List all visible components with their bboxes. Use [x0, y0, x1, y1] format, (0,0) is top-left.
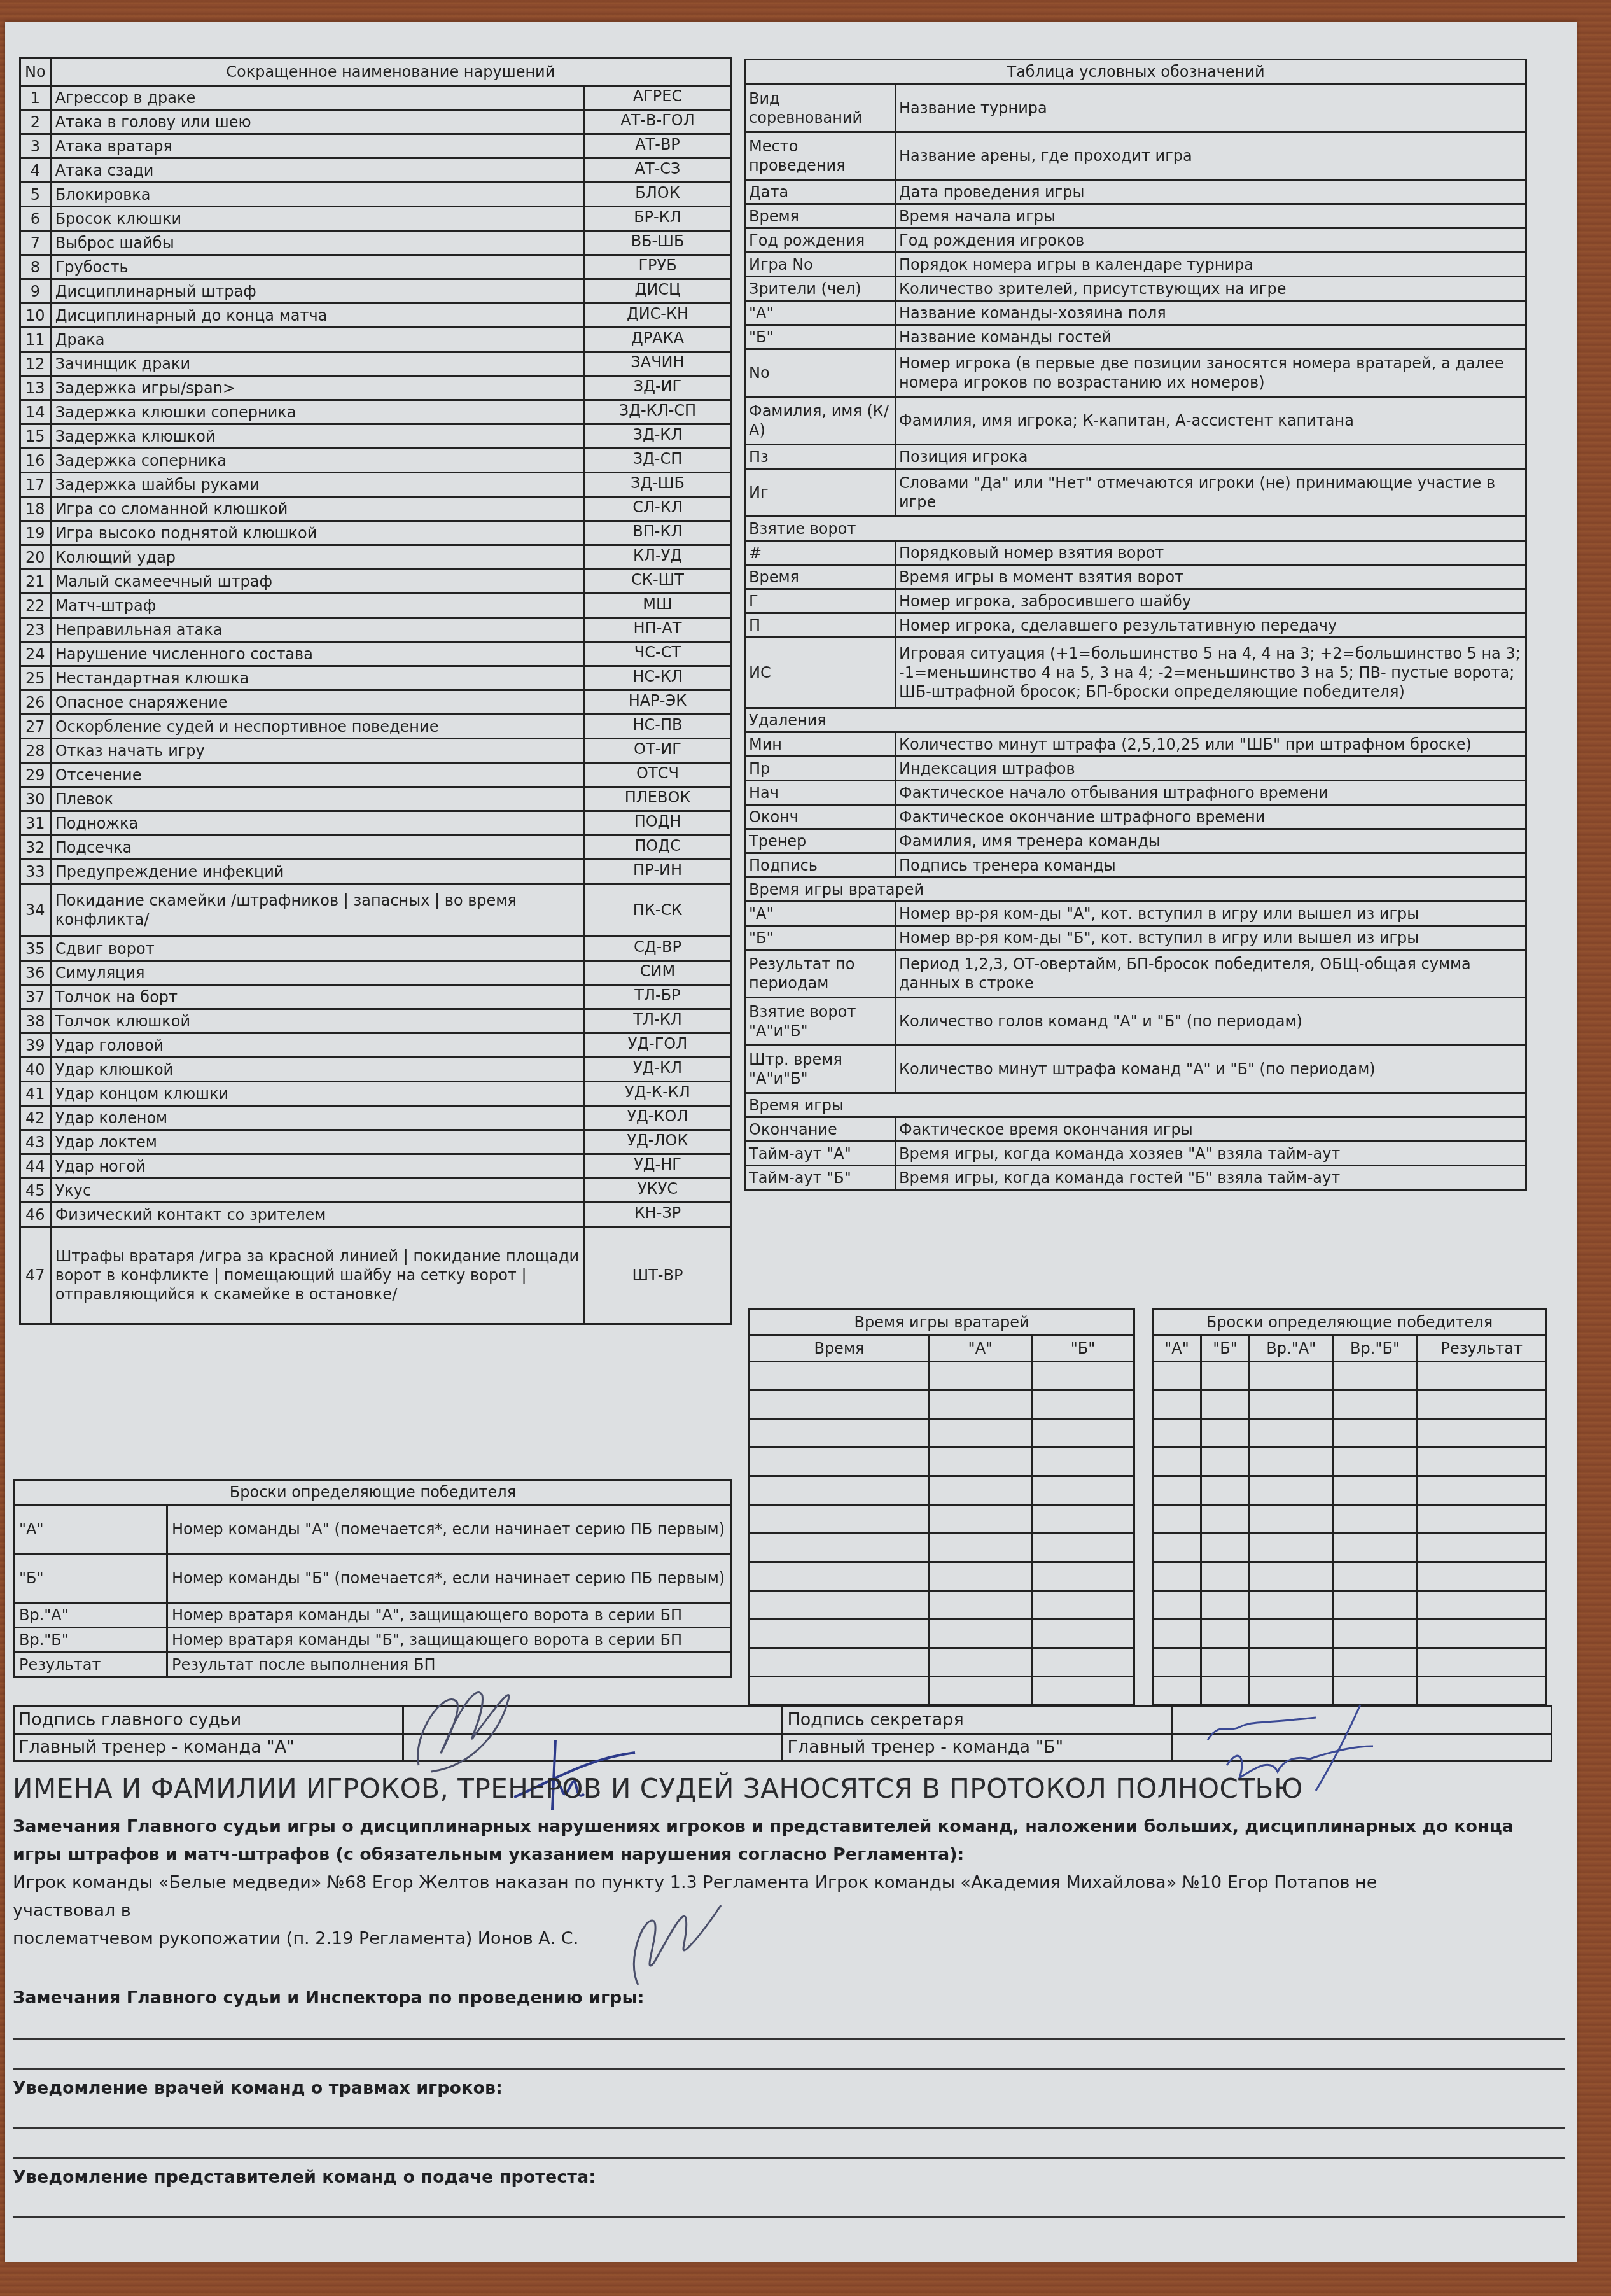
shootout-cell[interactable]	[1333, 1677, 1417, 1705]
legend-key: Тайм-аут "А"	[746, 1142, 896, 1166]
legend-section-row: Взятие ворот	[746, 517, 1526, 541]
shootout-cell[interactable]	[1249, 1620, 1333, 1648]
shootout-row	[1153, 1362, 1547, 1390]
medical-notice-line-1[interactable]	[13, 2127, 1565, 2129]
violation-row: 24Нарушение численного составаЧС-СТ	[20, 642, 731, 666]
goalie-time-cell[interactable]	[929, 1677, 1031, 1705]
violation-code: ТЛ-КЛ	[585, 1009, 731, 1033]
violation-name: Задержка игры/span>	[50, 376, 584, 400]
violation-name: Агрессор в драке	[50, 86, 584, 110]
shootout-cell[interactable]	[1417, 1362, 1547, 1390]
referee-remarks-line-2: участвовал в	[13, 1897, 1552, 1925]
goalie-time-cell[interactable]	[750, 1505, 930, 1534]
shootout-cell[interactable]	[1417, 1620, 1547, 1648]
violation-name: Толчок клюшкой	[50, 1009, 584, 1033]
shootout-cell[interactable]	[1201, 1448, 1249, 1476]
violation-row: 35Сдвиг воротСД-ВР	[20, 937, 731, 961]
violation-number: 13	[20, 376, 51, 400]
legend-key: Тайм-аут "Б"	[746, 1166, 896, 1190]
violation-name: Задержка шайбы руками	[50, 473, 584, 497]
legend-row: ИгСловами "Да" или "Нет" отмечаются игро…	[746, 469, 1526, 517]
goalie-time-cell[interactable]	[1031, 1562, 1134, 1591]
violation-row: 42Удар коленомУД-КОЛ	[20, 1106, 731, 1130]
legend-row: Вид соревнованийНазвание турнира	[746, 85, 1526, 132]
violation-number: 23	[20, 618, 51, 642]
legend-key: "А"	[746, 902, 896, 926]
violation-code: ПР-ИН	[585, 860, 731, 884]
legend-value: Фактическое начало отбывания штрафного в…	[896, 781, 1526, 805]
goalie-time-cell[interactable]	[1031, 1419, 1134, 1448]
legend-key: No	[746, 349, 896, 397]
goalie-time-title: Время игры вратарей	[750, 1310, 1134, 1336]
legend-value: Подпись тренера команды	[896, 853, 1526, 878]
violation-row: 22Матч-штрафМШ	[20, 594, 731, 618]
goalie-time-cell[interactable]	[929, 1476, 1031, 1505]
goalie-time-cell[interactable]	[929, 1448, 1031, 1476]
legend-key: Игра No	[746, 253, 896, 277]
violation-name: Удар локтем	[50, 1130, 584, 1154]
violation-name: Задержка клюшки соперника	[50, 400, 584, 424]
shootout-cell[interactable]	[1249, 1362, 1333, 1390]
violation-number: 28	[20, 739, 51, 763]
shootout-cell[interactable]	[1153, 1591, 1201, 1620]
legend-row: ПНомер игрока, сделавшего результативную…	[746, 613, 1526, 638]
goalie-time-cell[interactable]	[1031, 1390, 1134, 1419]
violation-number: 14	[20, 400, 51, 424]
goalie-time-cell[interactable]	[929, 1362, 1031, 1390]
shootout-cell[interactable]	[1153, 1390, 1201, 1419]
protest-notice-line[interactable]	[13, 2216, 1565, 2218]
shootout-legend-value: Номер вратаря команды "Б", защищающего в…	[167, 1628, 732, 1653]
goalie-time-cell[interactable]	[929, 1534, 1031, 1562]
shootout-cell[interactable]	[1333, 1648, 1417, 1677]
goalie-time-row	[750, 1591, 1134, 1620]
legend-value: Порядковый номер взятия ворот	[896, 541, 1526, 565]
shootout-cell[interactable]	[1417, 1591, 1547, 1620]
goalie-time-cell[interactable]	[929, 1505, 1031, 1534]
violation-row: 33Предупреждение инфекцийПР-ИН	[20, 860, 731, 884]
shootout-column-header: Вр."Б"	[1333, 1336, 1417, 1362]
legend-row: ПодписьПодпись тренера команды	[746, 853, 1526, 878]
violation-row: 44Удар ногойУД-НГ	[20, 1154, 731, 1179]
goalie-time-cell[interactable]	[1031, 1476, 1134, 1505]
goalie-time-cell[interactable]	[929, 1648, 1031, 1677]
shootout-legend-key: "Б"	[15, 1554, 167, 1603]
violation-name: Физический контакт со зрителем	[50, 1203, 584, 1227]
goalie-time-cell[interactable]	[750, 1419, 930, 1448]
legend-row: NoНомер игрока (в первые две позиции зан…	[746, 349, 1526, 397]
legend-row: ВремяВремя игры в момент взятия ворот	[746, 565, 1526, 589]
goalie-time-cell[interactable]	[750, 1476, 930, 1505]
legend-value: Номер игрока, сделавшего результативную …	[896, 613, 1526, 638]
goalie-time-cell[interactable]	[929, 1620, 1031, 1648]
goalie-time-cell[interactable]	[750, 1677, 930, 1705]
legend-key: Дата	[746, 180, 896, 204]
violation-code: ГРУБ	[585, 255, 731, 279]
violation-row: 31ПодножкаПОДН	[20, 811, 731, 836]
shootout-cell[interactable]	[1249, 1534, 1333, 1562]
goalie-time-cell[interactable]	[750, 1390, 930, 1419]
goalie-time-cell[interactable]	[750, 1648, 930, 1677]
goalie-time-cell[interactable]	[1031, 1591, 1134, 1620]
violation-code: КН-ЗР	[585, 1203, 731, 1227]
shootout-cell[interactable]	[1201, 1620, 1249, 1648]
shootout-legend-value: Результат после выполнения БП	[167, 1653, 732, 1677]
legend-key: Время	[746, 204, 896, 228]
violation-row: 7Выброс шайбыВБ-ШБ	[20, 231, 731, 255]
violations-header-no: No	[20, 59, 51, 86]
legend-section-title: Время игры вратарей	[746, 878, 1526, 902]
violation-name: Игра высоко поднятой клюшкой	[50, 521, 584, 545]
legend-key: Оконч	[746, 805, 896, 829]
violation-code: ЗД-СП	[585, 449, 731, 473]
goalie-time-cell[interactable]	[750, 1620, 930, 1648]
goalie-time-cell[interactable]	[1031, 1677, 1134, 1705]
legend-value: Количество минут штрафа команд "А" и "Б"…	[896, 1046, 1526, 1093]
shootout-cell[interactable]	[1201, 1390, 1249, 1419]
shootout-cell[interactable]	[1417, 1476, 1547, 1505]
violation-code: УД-ГОЛ	[585, 1033, 731, 1058]
violation-row: 30ПлевокПЛЕВОК	[20, 787, 731, 811]
violation-row: 2Атака в голову или шеюАТ-В-ГОЛ	[20, 110, 731, 134]
goalie-time-cell[interactable]	[1031, 1620, 1134, 1648]
violation-row: 12Зачинщик дракиЗАЧИН	[20, 352, 731, 376]
goalie-time-row	[750, 1419, 1134, 1448]
goalie-time-cell[interactable]	[750, 1591, 930, 1620]
referee-remarks-heading: Замечания Главного судьи игры о дисципли…	[13, 1813, 1552, 1869]
violation-name: Неправильная атака	[50, 618, 584, 642]
legend-row: "Б"Название команды гостей	[746, 325, 1526, 349]
violation-number: 8	[20, 255, 51, 279]
shootout-cell[interactable]	[1249, 1562, 1333, 1591]
violation-code: ЗД-ИГ	[585, 376, 731, 400]
violation-number: 9	[20, 279, 51, 304]
legend-value: Номер игрока, забросившего шайбу	[896, 589, 1526, 613]
shootout-cell[interactable]	[1201, 1534, 1249, 1562]
violation-row: 27Оскорбление судей и неспортивное повед…	[20, 715, 731, 739]
violation-name: Подсечка	[50, 836, 584, 860]
violation-row: 10Дисциплинарный до конца матчаДИС-КН	[20, 304, 731, 328]
goalie-time-cell[interactable]	[1031, 1362, 1134, 1390]
shootout-cell[interactable]	[1333, 1419, 1417, 1448]
violation-name: Зачинщик драки	[50, 352, 584, 376]
shootout-cell[interactable]	[1417, 1390, 1547, 1419]
violation-row: 4Атака сзадиАТ-СЗ	[20, 158, 731, 183]
shootout-cell[interactable]	[1153, 1505, 1201, 1534]
violation-number: 39	[20, 1033, 51, 1058]
shootout-cell[interactable]	[1333, 1390, 1417, 1419]
violation-number: 30	[20, 787, 51, 811]
violation-name: Сдвиг ворот	[50, 937, 584, 961]
shootout-legend-table: Броски определяющие победителя "А"Номер …	[13, 1479, 732, 1678]
violation-row: 29ОтсечениеОТСЧ	[20, 763, 731, 787]
violation-number: 46	[20, 1203, 51, 1227]
violation-code: ДИС-КН	[585, 304, 731, 328]
violation-code: СЛ-КЛ	[585, 497, 731, 521]
shootout-table: Броски определяющие победителя "А""Б"Вр.…	[1152, 1308, 1547, 1706]
goalie-time-cell[interactable]	[1031, 1534, 1134, 1562]
inspector-remarks-line-2[interactable]	[13, 2068, 1565, 2070]
violation-number: 36	[20, 961, 51, 985]
violation-row: 40Удар клюшкойУД-КЛ	[20, 1058, 731, 1082]
shootout-cell[interactable]	[1249, 1591, 1333, 1620]
legend-value: Индексация штрафов	[896, 757, 1526, 781]
violation-number: 1	[20, 86, 51, 110]
violation-name: Плевок	[50, 787, 584, 811]
violation-name: Нарушение численного состава	[50, 642, 584, 666]
medical-notice-line-2[interactable]	[13, 2157, 1565, 2159]
shootout-cell[interactable]	[1417, 1505, 1547, 1534]
shootout-cell[interactable]	[1417, 1677, 1547, 1705]
violation-row: 46Физический контакт со зрителемКН-ЗР	[20, 1203, 731, 1227]
legend-key: Г	[746, 589, 896, 613]
violation-name: Оскорбление судей и неспортивное поведен…	[50, 715, 584, 739]
shootout-cell[interactable]	[1417, 1648, 1547, 1677]
goalie-time-row	[750, 1648, 1134, 1677]
legend-value: Номер вр-ря ком-ды "А", кот. вступил в и…	[896, 902, 1526, 926]
violation-row: 21Малый скамеечный штрафСК-ШТ	[20, 570, 731, 594]
goalie-time-cell[interactable]	[1031, 1505, 1134, 1534]
legend-section-title: Взятие ворот	[746, 517, 1526, 541]
coach-b-signature-field[interactable]	[1172, 1734, 1552, 1761]
shootout-cell[interactable]	[1333, 1505, 1417, 1534]
shootout-cell[interactable]	[1249, 1505, 1333, 1534]
violation-code: СИМ	[585, 961, 731, 985]
shootout-cell[interactable]	[1249, 1677, 1333, 1705]
violation-code: АТ-В-ГОЛ	[585, 110, 731, 134]
goalie-time-cell[interactable]	[929, 1591, 1031, 1620]
goalie-time-row	[750, 1620, 1134, 1648]
goalie-time-cell[interactable]	[1031, 1648, 1134, 1677]
violation-code: НС-ПВ	[585, 715, 731, 739]
violation-code: УД-ЛОК	[585, 1130, 731, 1154]
violation-code: УД-НГ	[585, 1154, 731, 1179]
violation-code: ВБ-ШБ	[585, 231, 731, 255]
inspector-remarks-line-1[interactable]	[13, 2038, 1565, 2040]
legend-key: Подпись	[746, 853, 896, 878]
violation-code: ПЛЕВОК	[585, 787, 731, 811]
shootout-cell[interactable]	[1153, 1620, 1201, 1648]
violation-code: БЛОК	[585, 183, 731, 207]
shootout-cell[interactable]	[1333, 1448, 1417, 1476]
shootout-column-header: Результат	[1417, 1336, 1547, 1362]
shootout-cell[interactable]	[1153, 1648, 1201, 1677]
violation-name: Предупреждение инфекций	[50, 860, 584, 884]
violation-name: Задержка клюшкой	[50, 424, 584, 449]
violation-number: 21	[20, 570, 51, 594]
notice-full-names: ИМЕНА И ФАМИЛИИ ИГРОКОВ, ТРЕНЕРОВ И СУДЕ…	[13, 1773, 1303, 1804]
violation-name: Нестандартная клюшка	[50, 666, 584, 690]
legend-key: Время	[746, 565, 896, 589]
shootout-cell[interactable]	[1153, 1677, 1201, 1705]
shootout-cell[interactable]	[1333, 1362, 1417, 1390]
shootout-cell[interactable]	[1417, 1534, 1547, 1562]
goalie-time-row	[750, 1505, 1134, 1534]
legend-row: ИСИгровая ситуация (+1=большинство 5 на …	[746, 638, 1526, 708]
shootout-cell[interactable]	[1333, 1476, 1417, 1505]
goalie-time-row	[750, 1677, 1134, 1705]
shootout-cell[interactable]	[1417, 1562, 1547, 1591]
shootout-cell[interactable]	[1417, 1419, 1547, 1448]
shootout-cell[interactable]	[1201, 1419, 1249, 1448]
goalie-time-cell[interactable]	[750, 1562, 930, 1591]
secretary-signature-field[interactable]	[1172, 1707, 1552, 1734]
legend-value: Фамилия, имя игрока; К-капитан, А-ассист…	[896, 397, 1526, 445]
violation-name: Выброс шайбы	[50, 231, 584, 255]
violation-number: 22	[20, 594, 51, 618]
violation-row: 9Дисциплинарный штрафДИСЦ	[20, 279, 731, 304]
shootout-cell[interactable]	[1153, 1419, 1201, 1448]
violation-code: ПК-СК	[585, 884, 731, 937]
legend-row: "А"Номер вр-ря ком-ды "А", кот. вступил …	[746, 902, 1526, 926]
shootout-cell[interactable]	[1153, 1476, 1201, 1505]
shootout-cell[interactable]	[1201, 1362, 1249, 1390]
head-referee-signature-label: Подпись главного судьи	[14, 1707, 403, 1734]
shootout-legend-row: Вр."Б"Номер вратаря команды "Б", защищаю…	[15, 1628, 732, 1653]
shootout-cell[interactable]	[1249, 1648, 1333, 1677]
legend-row: НачФактическое начало отбывания штрафног…	[746, 781, 1526, 805]
legend-value: Дата проведения игры	[896, 180, 1526, 204]
shootout-row	[1153, 1505, 1547, 1534]
violation-number: 45	[20, 1179, 51, 1203]
legend-value: Время игры, когда команда хозяев "А" взя…	[896, 1142, 1526, 1166]
violation-number: 3	[20, 134, 51, 158]
violation-code: ШТ-ВР	[585, 1227, 731, 1324]
legend-table: Таблица условных обозначений Вид соревно…	[744, 59, 1527, 1191]
shootout-row	[1153, 1390, 1547, 1419]
head-referee-signature-field[interactable]	[403, 1707, 783, 1734]
violation-number: 11	[20, 328, 51, 352]
shootout-cell[interactable]	[1201, 1476, 1249, 1505]
goalie-time-row	[750, 1390, 1134, 1419]
violation-name: Малый скамеечный штраф	[50, 570, 584, 594]
legend-row: ОкончаниеФактическое время окончания игр…	[746, 1117, 1526, 1142]
goalie-time-cell[interactable]	[1031, 1448, 1134, 1476]
violation-number: 5	[20, 183, 51, 207]
shootout-column-header: "Б"	[1201, 1336, 1249, 1362]
violation-row: 45УкусУКУС	[20, 1179, 731, 1203]
violation-row: 5БлокировкаБЛОК	[20, 183, 731, 207]
shootout-cell[interactable]	[1417, 1448, 1547, 1476]
violation-name: Атака вратаря	[50, 134, 584, 158]
legend-value: Номер игрока (в первые две позиции занос…	[896, 349, 1526, 397]
legend-row: Взятие ворот "А"и"Б"Количество голов ком…	[746, 998, 1526, 1046]
goalie-time-cell[interactable]	[750, 1448, 930, 1476]
violation-code: БР-КЛ	[585, 207, 731, 231]
referee-remarks-text[interactable]: Игрок команды «Белые медведи» №68 Егор Ж…	[13, 1869, 1552, 1953]
violation-number: 18	[20, 497, 51, 521]
violation-code: КЛ-УД	[585, 545, 731, 570]
violation-name: Удар клюшкой	[50, 1058, 584, 1082]
violation-row: 28Отказ начать игруОТ-ИГ	[20, 739, 731, 763]
coach-a-signature-field[interactable]	[403, 1734, 783, 1761]
violation-number: 24	[20, 642, 51, 666]
goalie-time-cell[interactable]	[929, 1562, 1031, 1591]
shootout-row	[1153, 1562, 1547, 1591]
violation-row: 19Игра высоко поднятой клюшкойВП-КЛ	[20, 521, 731, 545]
violation-name: Атака сзади	[50, 158, 584, 183]
violation-code: АТ-СЗ	[585, 158, 731, 183]
shootout-legend-key: Вр."Б"	[15, 1628, 167, 1653]
inspector-remarks-heading: Замечания Главного судьи и Инспектора по…	[13, 1988, 645, 2008]
legend-row: Результат по периодамПериод 1,2,3, ОТ-ов…	[746, 950, 1526, 998]
violation-name: Отсечение	[50, 763, 584, 787]
shootout-cell[interactable]	[1249, 1448, 1333, 1476]
shootout-cell[interactable]	[1153, 1534, 1201, 1562]
violation-number: 43	[20, 1130, 51, 1154]
violation-name: Атака в голову или шею	[50, 110, 584, 134]
violation-row: 23Неправильная атакаНП-АТ	[20, 618, 731, 642]
shootout-cell[interactable]	[1153, 1562, 1201, 1591]
violation-name: Матч-штраф	[50, 594, 584, 618]
violation-name: Бросок клюшки	[50, 207, 584, 231]
violation-name: Удар головой	[50, 1033, 584, 1058]
shootout-row	[1153, 1620, 1547, 1648]
shootout-cell[interactable]	[1153, 1362, 1201, 1390]
legend-key: "А"	[746, 301, 896, 325]
violation-number: 33	[20, 860, 51, 884]
shootout-cell[interactable]	[1201, 1505, 1249, 1534]
goalie-time-row	[750, 1362, 1134, 1390]
violation-code: СД-ВР	[585, 937, 731, 961]
violation-row: 34Покидание скамейки /штрафников | запас…	[20, 884, 731, 937]
legend-row: ПрИндексация штрафов	[746, 757, 1526, 781]
legend-row: #Порядковый номер взятия ворот	[746, 541, 1526, 565]
shootout-cell[interactable]	[1333, 1534, 1417, 1562]
shootout-cell[interactable]	[1201, 1677, 1249, 1705]
violation-row: 38Толчок клюшкойТЛ-КЛ	[20, 1009, 731, 1033]
violation-number: 12	[20, 352, 51, 376]
violation-name: Удар коленом	[50, 1106, 584, 1130]
goalie-time-cell[interactable]	[929, 1390, 1031, 1419]
shootout-cell[interactable]	[1249, 1390, 1333, 1419]
shootout-cell[interactable]	[1201, 1562, 1249, 1591]
secretary-signature-label: Подпись секретаря	[783, 1707, 1172, 1734]
shootout-cell[interactable]	[1333, 1562, 1417, 1591]
violation-number: 34	[20, 884, 51, 937]
shootout-cell[interactable]	[1249, 1419, 1333, 1448]
legend-section-title: Время игры	[746, 1093, 1526, 1117]
shootout-row	[1153, 1534, 1547, 1562]
shootout-legend-row: Вр."А"Номер вратаря команды "А", защищаю…	[15, 1603, 732, 1628]
shootout-cell[interactable]	[1333, 1620, 1417, 1648]
shootout-legend-key: Результат	[15, 1653, 167, 1677]
violation-code: НП-АТ	[585, 618, 731, 642]
violation-number: 29	[20, 763, 51, 787]
shootout-cell[interactable]	[1201, 1648, 1249, 1677]
legend-key: Взятие ворот "А"и"Б"	[746, 998, 896, 1046]
shootout-cell[interactable]	[1333, 1591, 1417, 1620]
violation-number: 20	[20, 545, 51, 570]
shootout-cell[interactable]	[1249, 1476, 1333, 1505]
legend-value: Время игры, когда команда гостей "Б" взя…	[896, 1166, 1526, 1190]
legend-section-row: Удаления	[746, 708, 1526, 732]
shootout-cell[interactable]	[1201, 1591, 1249, 1620]
legend-section-row: Время игры	[746, 1093, 1526, 1117]
violation-number: 4	[20, 158, 51, 183]
violation-code: ДРАКА	[585, 328, 731, 352]
goalie-time-cell[interactable]	[750, 1362, 930, 1390]
legend-key: ИС	[746, 638, 896, 708]
violation-row: 43Удар локтемУД-ЛОК	[20, 1130, 731, 1154]
legend-value: Название команды-хозяина поля	[896, 301, 1526, 325]
violation-name: Штрафы вратаря /игра за красной линией |…	[50, 1227, 584, 1324]
goalie-time-cell[interactable]	[750, 1534, 930, 1562]
violation-row: 41Удар концом клюшкиУД-К-КЛ	[20, 1082, 731, 1106]
shootout-cell[interactable]	[1153, 1448, 1201, 1476]
shootout-row	[1153, 1591, 1547, 1620]
goalie-time-cell[interactable]	[929, 1419, 1031, 1448]
